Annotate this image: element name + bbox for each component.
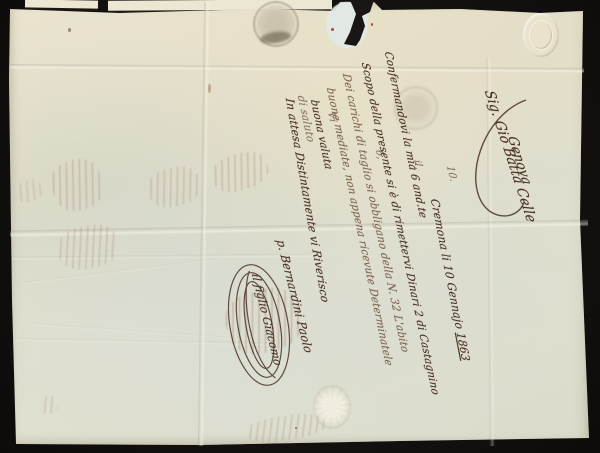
stain-smudge <box>208 84 211 93</box>
stray-mark-1: Vi <box>325 112 339 122</box>
wafer-seal-impression <box>313 385 351 429</box>
ink-speck-2 <box>295 427 297 429</box>
photographed-letter-scene: Sig. Gio Batta Celle Genova Cremona li 1… <box>0 0 600 453</box>
wax-seal-remnant <box>330 0 376 50</box>
ink-speck-1 <box>68 28 71 32</box>
background-sheet-edge-left <box>25 0 98 9</box>
postmark-datestamp-top <box>253 1 299 47</box>
stray-mark-2: 6, <box>373 150 387 160</box>
embossed-seal <box>523 13 559 57</box>
stray-mark-3: il, <box>411 160 425 170</box>
background-sheet-edge-center <box>108 0 332 11</box>
